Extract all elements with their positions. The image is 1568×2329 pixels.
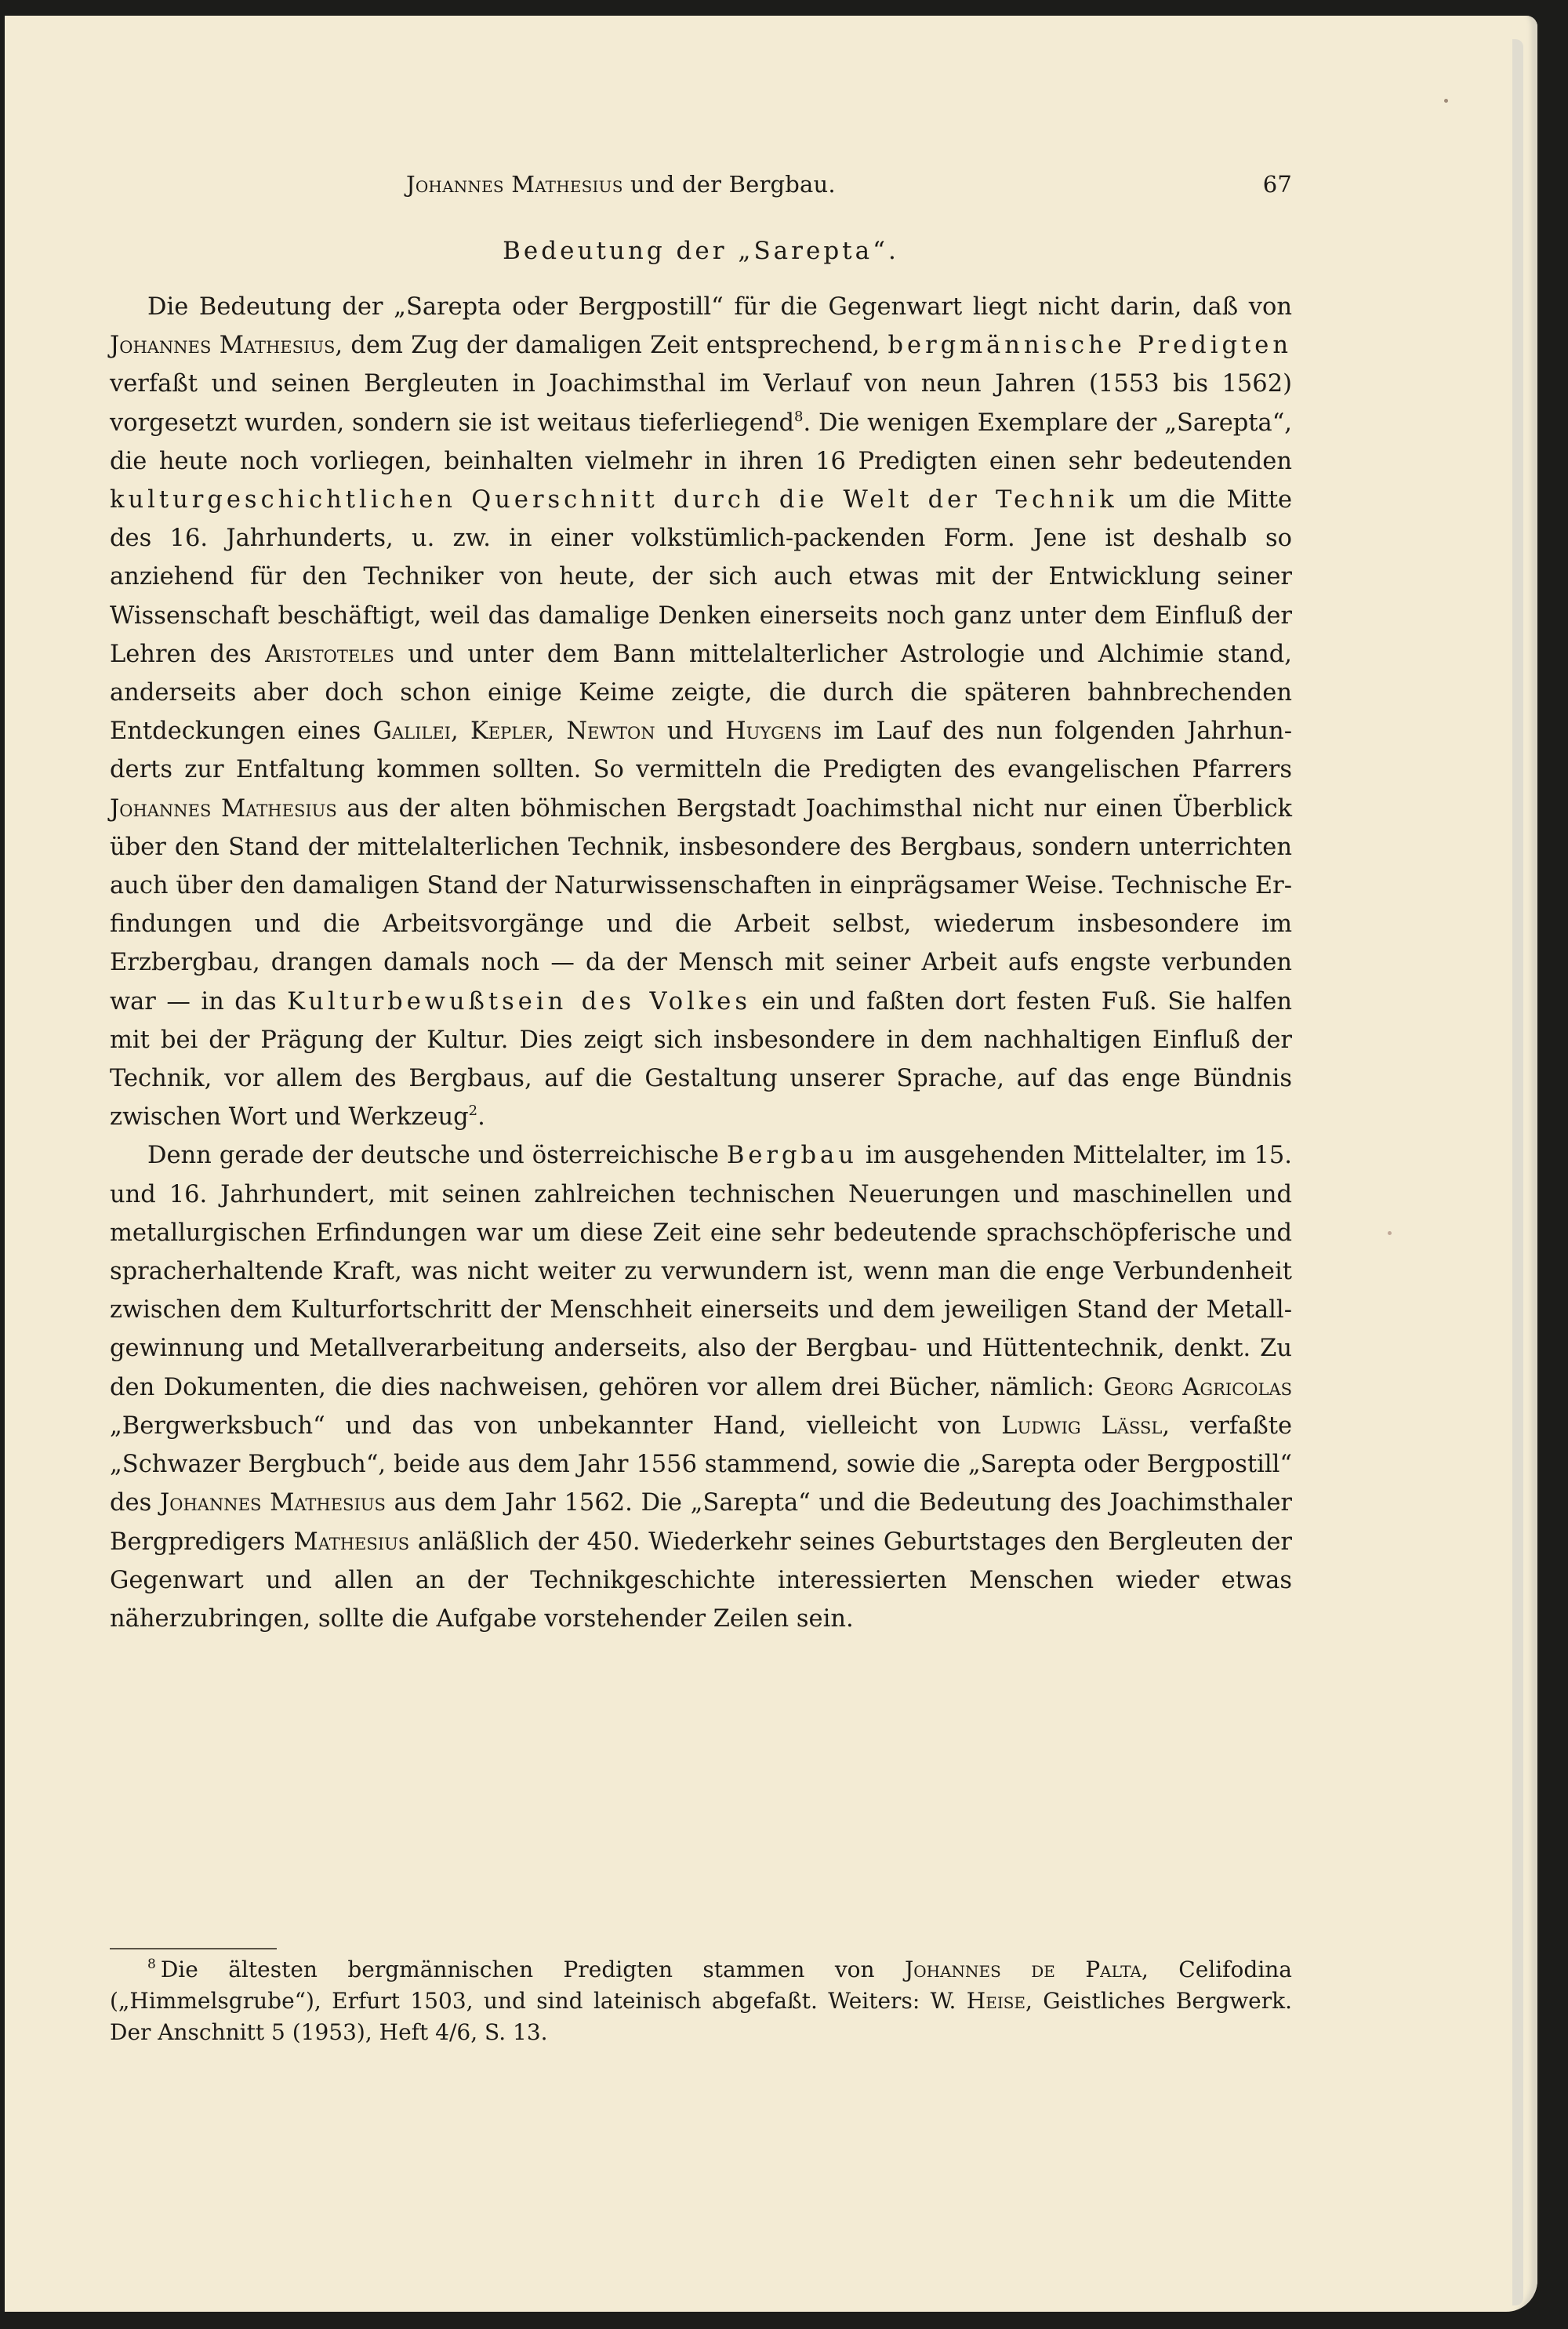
text-run: aus der alten böhmischen Bergstadt Joach… [110,795,1292,1016]
running-head-subject: und der Bergbau. [623,171,836,198]
text-run: Die ältesten bergmännischen Predigten st… [161,1957,905,1982]
paragraph: Denn gerade der deutsche und österreichi… [110,1136,1292,1638]
person-name: Kepler [470,718,546,745]
person-name: Aristoteles [265,641,394,668]
text-run: . [477,1103,485,1131]
running-head: Johannes Mathesius und der Bergbau. 67 [110,171,1292,202]
footnote: 8Die ältesten bergmännischen Predigten s… [110,1954,1292,2048]
footnote-number: 8 [147,1957,156,1972]
text-run: , [546,718,566,745]
paper-speck [1444,99,1448,103]
book-page: Johannes Mathesius und der Bergbau. 67 B… [5,16,1537,2312]
text-run: und [655,718,725,745]
person-name: Mathesius [293,1528,409,1556]
paper-speck [1388,1231,1392,1235]
person-name: Heise [967,1988,1025,2014]
section-heading: Bedeutung der „Sarepta“. [110,237,1292,265]
person-name: Johannes de Palta [905,1957,1142,1982]
person-name: Johannes Mathesius [110,795,337,823]
person-name: Huygens [725,718,822,745]
running-head-author: Johannes Mathesius [406,171,623,198]
page-edge [1512,39,1523,2305]
person-name: Johannes Mathesius [110,332,335,359]
body-text: Die Bedeutung der „Sarepta oder Bergpost… [110,288,1292,1638]
emphasized-text: bergmännische Predigten [888,332,1292,359]
text-run: Die Bedeutung der „Sarepta oder Bergpost… [147,293,1292,321]
text-run: , dem Zug der damaligen Zeit entsprechen… [335,332,887,359]
text-run: , [451,718,470,745]
person-name: Ludwig Lässl [1001,1412,1162,1440]
footnote-divider [110,1948,277,1949]
emphasized-text: kultur­geschichtlichen Querschnitt durch… [110,486,1118,514]
person-name: Newton [566,718,655,745]
text-run: „Bergwerksbuch“ und das von unbekannter … [110,1412,1001,1440]
running-head-title: Johannes Mathesius und der Bergbau. [406,171,836,198]
person-name: Johannes Mathesius [160,1489,386,1517]
footnote-reference: 2 [469,1103,477,1119]
footnote-reference: 8 [794,409,803,425]
footnotes: 8Die ältesten bergmännischen Predigten s… [110,1954,1292,2048]
person-name: Georg Agricolas [1103,1374,1292,1401]
page-number: 67 [1263,171,1292,198]
paragraph: Die Bedeutung der „Sarepta oder Bergpost… [110,288,1292,1136]
person-name: Galilei [373,718,451,745]
text-run: im ausgehenden Mittelalter, im 15. und 1… [110,1142,1292,1401]
text-run: Denn gerade der deutsche und österreichi… [147,1142,727,1169]
emphasized-text: Bergbau [727,1142,858,1169]
emphasized-text: Kulturbewußtsein des Volkes [287,988,751,1016]
